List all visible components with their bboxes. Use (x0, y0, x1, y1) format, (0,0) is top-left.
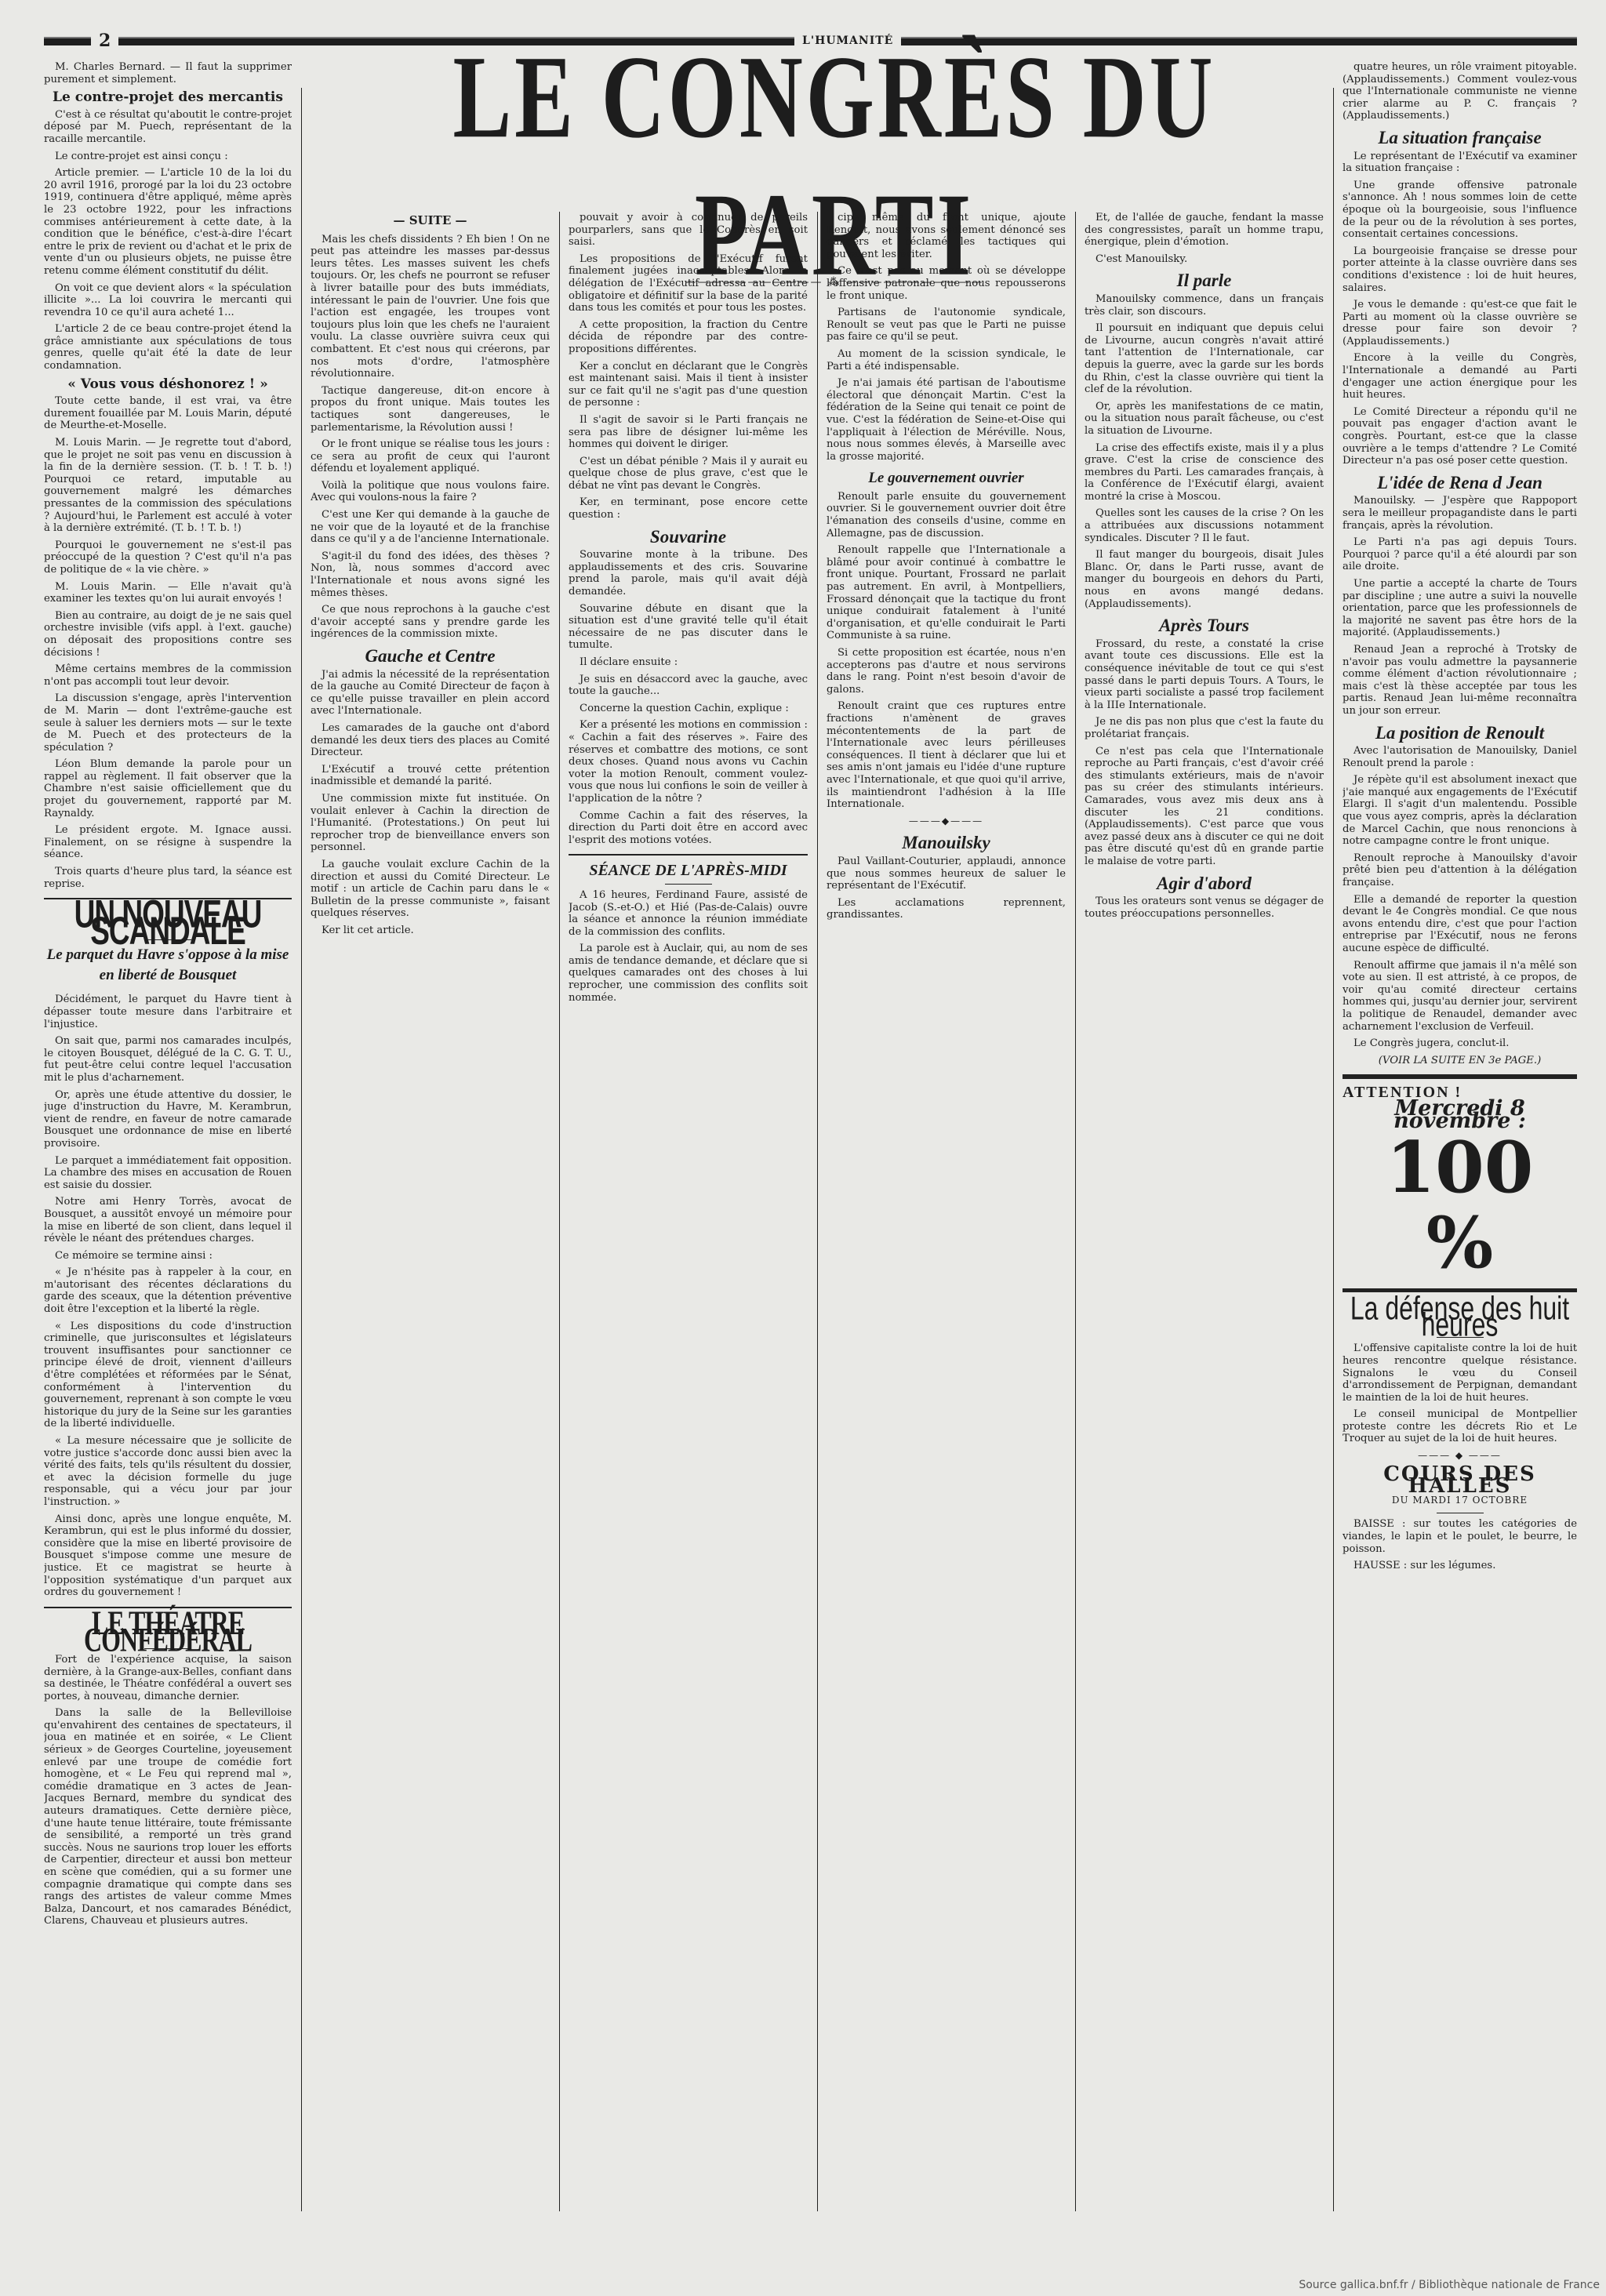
paragraph: Manouilsky. — J'espère que Rappoport ser… (1343, 495, 1577, 532)
paragraph: Partisans de l'autonomie syndicale, Reno… (827, 307, 1066, 343)
paragraph: Le parquet a immédiatement fait oppositi… (44, 1155, 292, 1192)
page-number: 2 (99, 31, 111, 51)
paragraph: Ce n'est pas cela que l'Internationale r… (1085, 746, 1324, 868)
market-title: COURS DES HALLES (1343, 1469, 1577, 1493)
newspaper-page: 2 L'HUMANITÉ LE CONGRÈS DU PARTI ———————… (44, 31, 1577, 2258)
paragraph: Quelles sont les causes de la crise ? On… (1085, 507, 1324, 544)
article-headline: LE THÉATRE CONFÉDÉRAL (44, 1615, 292, 1648)
column-1: M. Charles Bernard. — Il faut la supprim… (44, 61, 292, 2227)
paragraph: Je vous le demande : qu'est-ce que fait … (1343, 299, 1577, 347)
paragraph: L'article 2 de ce beau contre-projet éte… (44, 323, 292, 372)
paragraph: L'offensive capitaliste contre la loi de… (1343, 1342, 1577, 1404)
paragraph: Renoult reproche à Manouilsky d'avoir pr… (1343, 852, 1577, 889)
paragraph: quatre heures, un rôle vraiment pitoyabl… (1343, 61, 1577, 122)
section-heading: Le contre-projet des mercantis (44, 92, 292, 104)
paragraph: « Les dispositions du code d'instruction… (44, 1321, 292, 1430)
paragraph: Comme Cachin a fait des réserves, la dir… (569, 810, 808, 847)
continued-label: — SUITE — (311, 215, 550, 227)
paragraph: Il déclare ensuite : (569, 656, 808, 669)
section-heading: SÉANCE DE L'APRÈS-MIDI (569, 865, 808, 877)
column-4: cipe même du front unique, ajoute Renoul… (827, 212, 1066, 2227)
paragraph: Bien au contraire, au doigt de je ne sai… (44, 610, 292, 659)
divider (569, 854, 808, 856)
section-heading: Après Tours (1085, 619, 1324, 632)
paragraph: Ker, en terminant, pose encore cette que… (569, 496, 808, 521)
paragraph: La crise des effectifs existe, mais il y… (1085, 442, 1324, 503)
ornament-divider: ———◆——— (827, 816, 1066, 828)
source-attribution: Source gallica.bnf.fr / Bibliothèque nat… (1299, 2279, 1600, 2291)
paragraph: Il s'agit de savoir si le Parti français… (569, 414, 808, 451)
paragraph: Le contre-projet est ainsi conçu : (44, 151, 292, 163)
paragraph: pouvait y avoir à continuer de pareils p… (569, 212, 808, 249)
paragraph: Je n'ai jamais été partisan de l'aboutis… (827, 377, 1066, 463)
paragraph: Le Comité Directeur a répondu qu'il ne p… (1343, 406, 1577, 467)
paragraph: Renoult rappelle que l'Internationale a … (827, 544, 1066, 642)
paragraph: Toute cette bande, il est vrai, va être … (44, 395, 292, 432)
paragraph: Voilà la politique que nous voulons fair… (311, 480, 550, 504)
paragraph: Concerne la question Cachin, explique : (569, 703, 808, 715)
paragraph: J'ai admis la nécessité de la représenta… (311, 669, 550, 717)
paragraph: M. Louis Marin. — Elle n'avait qu'à exam… (44, 581, 292, 605)
column-6: quatre heures, un rôle vraiment pitoyabl… (1343, 61, 1577, 2227)
paragraph: Renoult affirme que jamais il n'a mêlé s… (1343, 960, 1577, 1034)
paragraph: Et, de l'allée de gauche, fendant la mas… (1085, 212, 1324, 249)
paragraph: Renaud Jean a reproché à Trotsky de n'av… (1343, 644, 1577, 717)
column-2: — SUITE — Mais les chefs dissidents ? Eh… (311, 212, 550, 2227)
paragraph: Article premier. — L'article 10 de la lo… (44, 167, 292, 277)
paragraph: Le président ergote. M. Ignace aussi. Fi… (44, 824, 292, 861)
section-heading: Il parle (1085, 274, 1324, 287)
paragraph: Renoult parle ensuite du gouvernement ou… (827, 491, 1066, 539)
ornament-divider: ——— ◆ ——— (1343, 1450, 1577, 1462)
paragraph: Dans la salle de la Bellevilloise qu'env… (44, 1707, 292, 1927)
paragraph: Ker a conclut en déclarant que le Congrè… (569, 361, 808, 409)
paragraph: Elle a demandé de reporter la question d… (1343, 894, 1577, 955)
paragraph: C'est un débat pénible ? Mais il y aurai… (569, 456, 808, 492)
section-heading: La situation française (1343, 132, 1577, 144)
paragraph: Les camarades de la gauche ont d'abord d… (311, 722, 550, 759)
paragraph: Les propositions de l'Exécutif furent fi… (569, 253, 808, 314)
paragraph: Ker a présenté les motions en commission… (569, 719, 808, 805)
paragraph: « La mesure nécessaire que je sollicite … (44, 1435, 292, 1509)
paragraph: L'Exécutif a trouvé cette prétention ina… (311, 764, 550, 788)
paragraph: La gauche voulait exclure Cachin de la d… (311, 859, 550, 920)
section-heading: Agir d'abord (1085, 877, 1324, 890)
divider (1343, 1074, 1577, 1079)
paragraph: Une partie a accepté la charte de Tours … (1343, 578, 1577, 639)
article-headline: UN NOUVEAU SCANDALE (44, 906, 292, 939)
section-heading: Souvarine (569, 531, 808, 543)
paragraph: S'agit-il du fond des idées, des thèses … (311, 550, 550, 599)
masthead-rule-left (44, 37, 91, 45)
column-5: Et, de l'allée de gauche, fendant la mas… (1085, 212, 1324, 2227)
paragraph: Avec l'autorisation de Manouilsky, Danie… (1343, 745, 1577, 769)
paragraph: Je suis en désaccord avec la gauche, ave… (569, 674, 808, 698)
paragraph: Le représentant de l'Exécutif va examine… (1343, 151, 1577, 175)
column-divider (301, 88, 302, 2211)
paragraph: Même certains membres de la commission n… (44, 663, 292, 688)
article-headline: La défense des huit heures (1343, 1301, 1577, 1333)
section-heading: Gauche et Centre (311, 650, 550, 663)
paragraph: Léon Blum demande la parole pour un rapp… (44, 758, 292, 819)
paragraph: Une grande offensive patronale s'annonce… (1343, 180, 1577, 241)
advertisement: ATTENTION ! Mercredi 8 novembre : 100 % … (1343, 1087, 1577, 1338)
ad-date: Mercredi 8 novembre : (1343, 1103, 1577, 1127)
column-3: pouvait y avoir à continuer de pareils p… (569, 212, 808, 2227)
section-heading: L'idée de Rena d Jean (1343, 477, 1577, 489)
paragraph: Le Congrès jugera, conclut-il. (1343, 1037, 1577, 1050)
paragraph: On voit ce que devient alors « la spécul… (44, 282, 292, 319)
paragraph: Si cette proposition est écartée, nous n… (827, 647, 1066, 696)
paragraph: Renoult craint que ces ruptures entre fr… (827, 700, 1066, 810)
paragraph: Une commission mixte fut instituée. On v… (311, 793, 550, 854)
paragraph: Encore à la veille du Congrès, l'Interna… (1343, 352, 1577, 401)
paragraph: Le Parti n'a pas agi depuis Tours. Pourq… (1343, 536, 1577, 573)
paragraph: Souvarine monte à la tribune. Des applau… (569, 549, 808, 598)
divider (665, 884, 712, 885)
market-price-down: BAISSE : sur toutes les catégories de vi… (1343, 1518, 1577, 1555)
paragraph: C'est Manouilsky. (1085, 253, 1324, 266)
paragraph: Pourquoi le gouvernement ne s'est-il pas… (44, 539, 292, 576)
paragraph: M. Louis Marin. — Je regrette tout d'abo… (44, 437, 292, 535)
paragraph: Je répète qu'il est absolument inexact q… (1343, 774, 1577, 848)
paragraph: Les acclamations reprennent, grandissant… (827, 897, 1066, 921)
paragraph: Le conseil municipal de Montpellier prot… (1343, 1408, 1577, 1445)
paragraph: Notre ami Henry Torrès, avocat de Bousqu… (44, 1196, 292, 1244)
paragraph: Il poursuit en indiquant que depuis celu… (1085, 322, 1324, 396)
paragraph: Frossard, du reste, a constaté la crise … (1085, 638, 1324, 712)
column-divider (1075, 212, 1076, 2211)
section-heading: La position de Renoult (1343, 727, 1577, 739)
paragraph: Décidément, le parquet du Havre tient à … (44, 994, 292, 1030)
column-divider (817, 212, 818, 2211)
paragraph: Ce mémoire se termine ainsi : (44, 1250, 292, 1262)
paragraph: « Je n'hésite pas à rappeler à la cour, … (44, 1266, 292, 1315)
paragraph: Paul Vaillant-Couturier, applaudi, annon… (827, 856, 1066, 892)
paragraph: On sait que, parmi nos camarades inculpé… (44, 1035, 292, 1084)
column-divider (559, 212, 560, 2211)
market-date: DU MARDI 17 OCTOBRE (1343, 1495, 1577, 1507)
paragraph: A cette proposition, la fraction du Cent… (569, 319, 808, 356)
paragraph: Tactique dangereuse, dit-on encore à pro… (311, 385, 550, 434)
paragraph: Trois quarts d'heure plus tard, la séanc… (44, 866, 292, 890)
continued-note: (VOIR LA SUITE EN 3e PAGE.) (1343, 1055, 1577, 1067)
section-heading: Manouilsky (827, 837, 1066, 849)
paragraph: Ainsi donc, après une longue enquête, M.… (44, 1513, 292, 1599)
paragraph: La discussion s'engage, après l'interven… (44, 692, 292, 754)
paragraph: Or le front unique se réalise tous les j… (311, 438, 550, 475)
market-price-up: HAUSSE : sur les légumes. (1343, 1560, 1577, 1572)
paragraph: Ce que nous reprochons à la gauche c'est… (311, 604, 550, 641)
paragraph: Or, après une étude attentive du dossier… (44, 1089, 292, 1150)
paragraph: cipe même du front unique, ajoute Renoul… (827, 212, 1066, 260)
paragraph: A 16 heures, Ferdinand Faure, assisté de… (569, 889, 808, 938)
paragraph: Fort de l'expérience acquise, la saison … (44, 1654, 292, 1702)
paragraph: Je ne dis pas non plus que c'est la faut… (1085, 716, 1324, 740)
paragraph: Il faut manger du bourgeois, disait Jule… (1085, 549, 1324, 610)
paragraph: Manouilsky commence, dans un français tr… (1085, 293, 1324, 318)
paragraph: C'est une Ker qui demande à la gauche de… (311, 509, 550, 546)
section-heading: Le gouvernement ouvrier (827, 472, 1066, 485)
paragraph: Ce n'est pas au moment où se développe l… (827, 265, 1066, 302)
paragraph: M. Charles Bernard. — Il faut la supprim… (44, 61, 292, 85)
section-heading: « Vous vous déshonorez ! » (44, 379, 292, 391)
paragraph: Souvarine débute en disant que la situat… (569, 603, 808, 652)
paragraph: Ker lit cet article. (311, 925, 550, 937)
ad-percentage: 100 % (1343, 1130, 1577, 1281)
paragraph: Or, après les manifestations de ce matin… (1085, 401, 1324, 438)
paragraph: C'est à ce résultat qu'aboutit le contre… (44, 109, 292, 146)
paragraph: Tous les orateurs sont venus se dégager … (1085, 896, 1324, 920)
divider (1437, 1513, 1484, 1513)
paragraph: Au moment de la scission syndicale, le P… (827, 348, 1066, 372)
column-divider (1333, 88, 1334, 2211)
paragraph: La parole est à Auclair, qui, au nom de … (569, 943, 808, 1004)
paragraph: Mais les chefs dissidents ? Eh bien ! On… (311, 234, 550, 380)
paragraph: La bourgeoisie française se dresse pour … (1343, 245, 1577, 294)
